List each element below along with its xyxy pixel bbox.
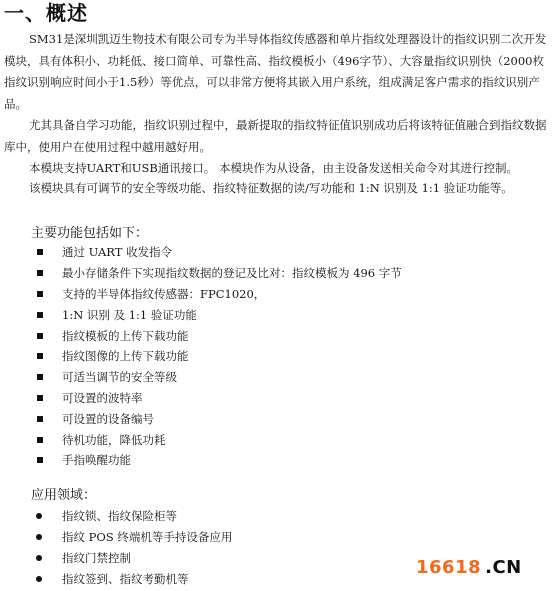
interface-paragraph: 本模块支持UART和USB通讯接口。 本模块作为从设备，由主设备发送相关命令对其…: [4, 158, 552, 180]
square-bullet-icon: [37, 395, 43, 401]
list-item: 可适当调节的安全等级: [34, 367, 402, 388]
list-item: 可设置的波特率: [34, 388, 402, 409]
watermark-domain: .CN: [485, 557, 522, 578]
watermark-number: 16618: [416, 557, 481, 578]
list-item: 指纹 POS 终端机等手持设备应用: [34, 527, 232, 548]
site-watermark: 16618.CN: [416, 557, 522, 579]
applications-title: 应用领域：: [31, 487, 96, 505]
list-item: 指纹签到、指纹考勤机等: [34, 568, 232, 589]
square-bullet-icon: [37, 374, 43, 380]
square-bullet-icon: [37, 249, 43, 255]
square-bullet-icon: [37, 312, 43, 318]
square-bullet-icon: [37, 457, 43, 463]
list-item: 可设置的设备编号: [34, 408, 402, 429]
list-item: 最小存储条件下实现指纹数据的登记及比对：指纹模板为 496 字节: [34, 263, 402, 284]
square-bullet-icon: [37, 416, 43, 422]
square-bullet-icon: [37, 291, 43, 297]
intro-paragraph: SM31是深圳凯迈生物技术有限公司专为半导体指纹传感器和单片指纹处理器设计的指纹…: [4, 29, 552, 115]
self-learning-paragraph: 尤其具备自学习功能，指纹识别过程中，最新提取的指纹特征值识别成功后将该特征值融合…: [4, 115, 552, 158]
applications-list: 指纹锁、指纹保险柜等 指纹 POS 终端机等手持设备应用 指纹门禁控制 指纹签到…: [34, 506, 232, 589]
square-bullet-icon: [37, 353, 43, 359]
list-item: 指纹模板的上传下载功能: [34, 325, 402, 346]
features-list: 通过 UART 收发指令 最小存储条件下实现指纹数据的登记及比对：指纹模板为 4…: [34, 242, 402, 471]
list-item: 指纹锁、指纹保险柜等: [34, 506, 232, 527]
security-paragraph: 该模块具有可调节的安全等级功能、指纹特征数据的读/写功能和 1:N 识别及 1:…: [4, 178, 552, 200]
round-bullet-icon: [36, 576, 42, 582]
list-item: 指纹图像的上传下载功能: [34, 346, 402, 367]
round-bullet-icon: [36, 555, 42, 561]
round-bullet-icon: [36, 534, 42, 540]
list-item: 1:N 识别 及 1:1 验证功能: [34, 304, 402, 325]
section-heading: 一、概述: [4, 0, 88, 26]
square-bullet-icon: [37, 333, 43, 339]
list-item: 指纹门禁控制: [34, 548, 232, 569]
features-title: 主要功能包括如下：: [31, 225, 148, 243]
square-bullet-icon: [37, 437, 43, 443]
list-item: 通过 UART 收发指令: [34, 242, 402, 263]
round-bullet-icon: [36, 513, 42, 519]
list-item: 手指唤醒功能: [34, 450, 402, 471]
list-item: 待机功能，降低功耗: [34, 429, 402, 450]
list-item: 支持的半导体指纹传感器：FPC1020，: [34, 284, 402, 305]
square-bullet-icon: [37, 270, 43, 276]
